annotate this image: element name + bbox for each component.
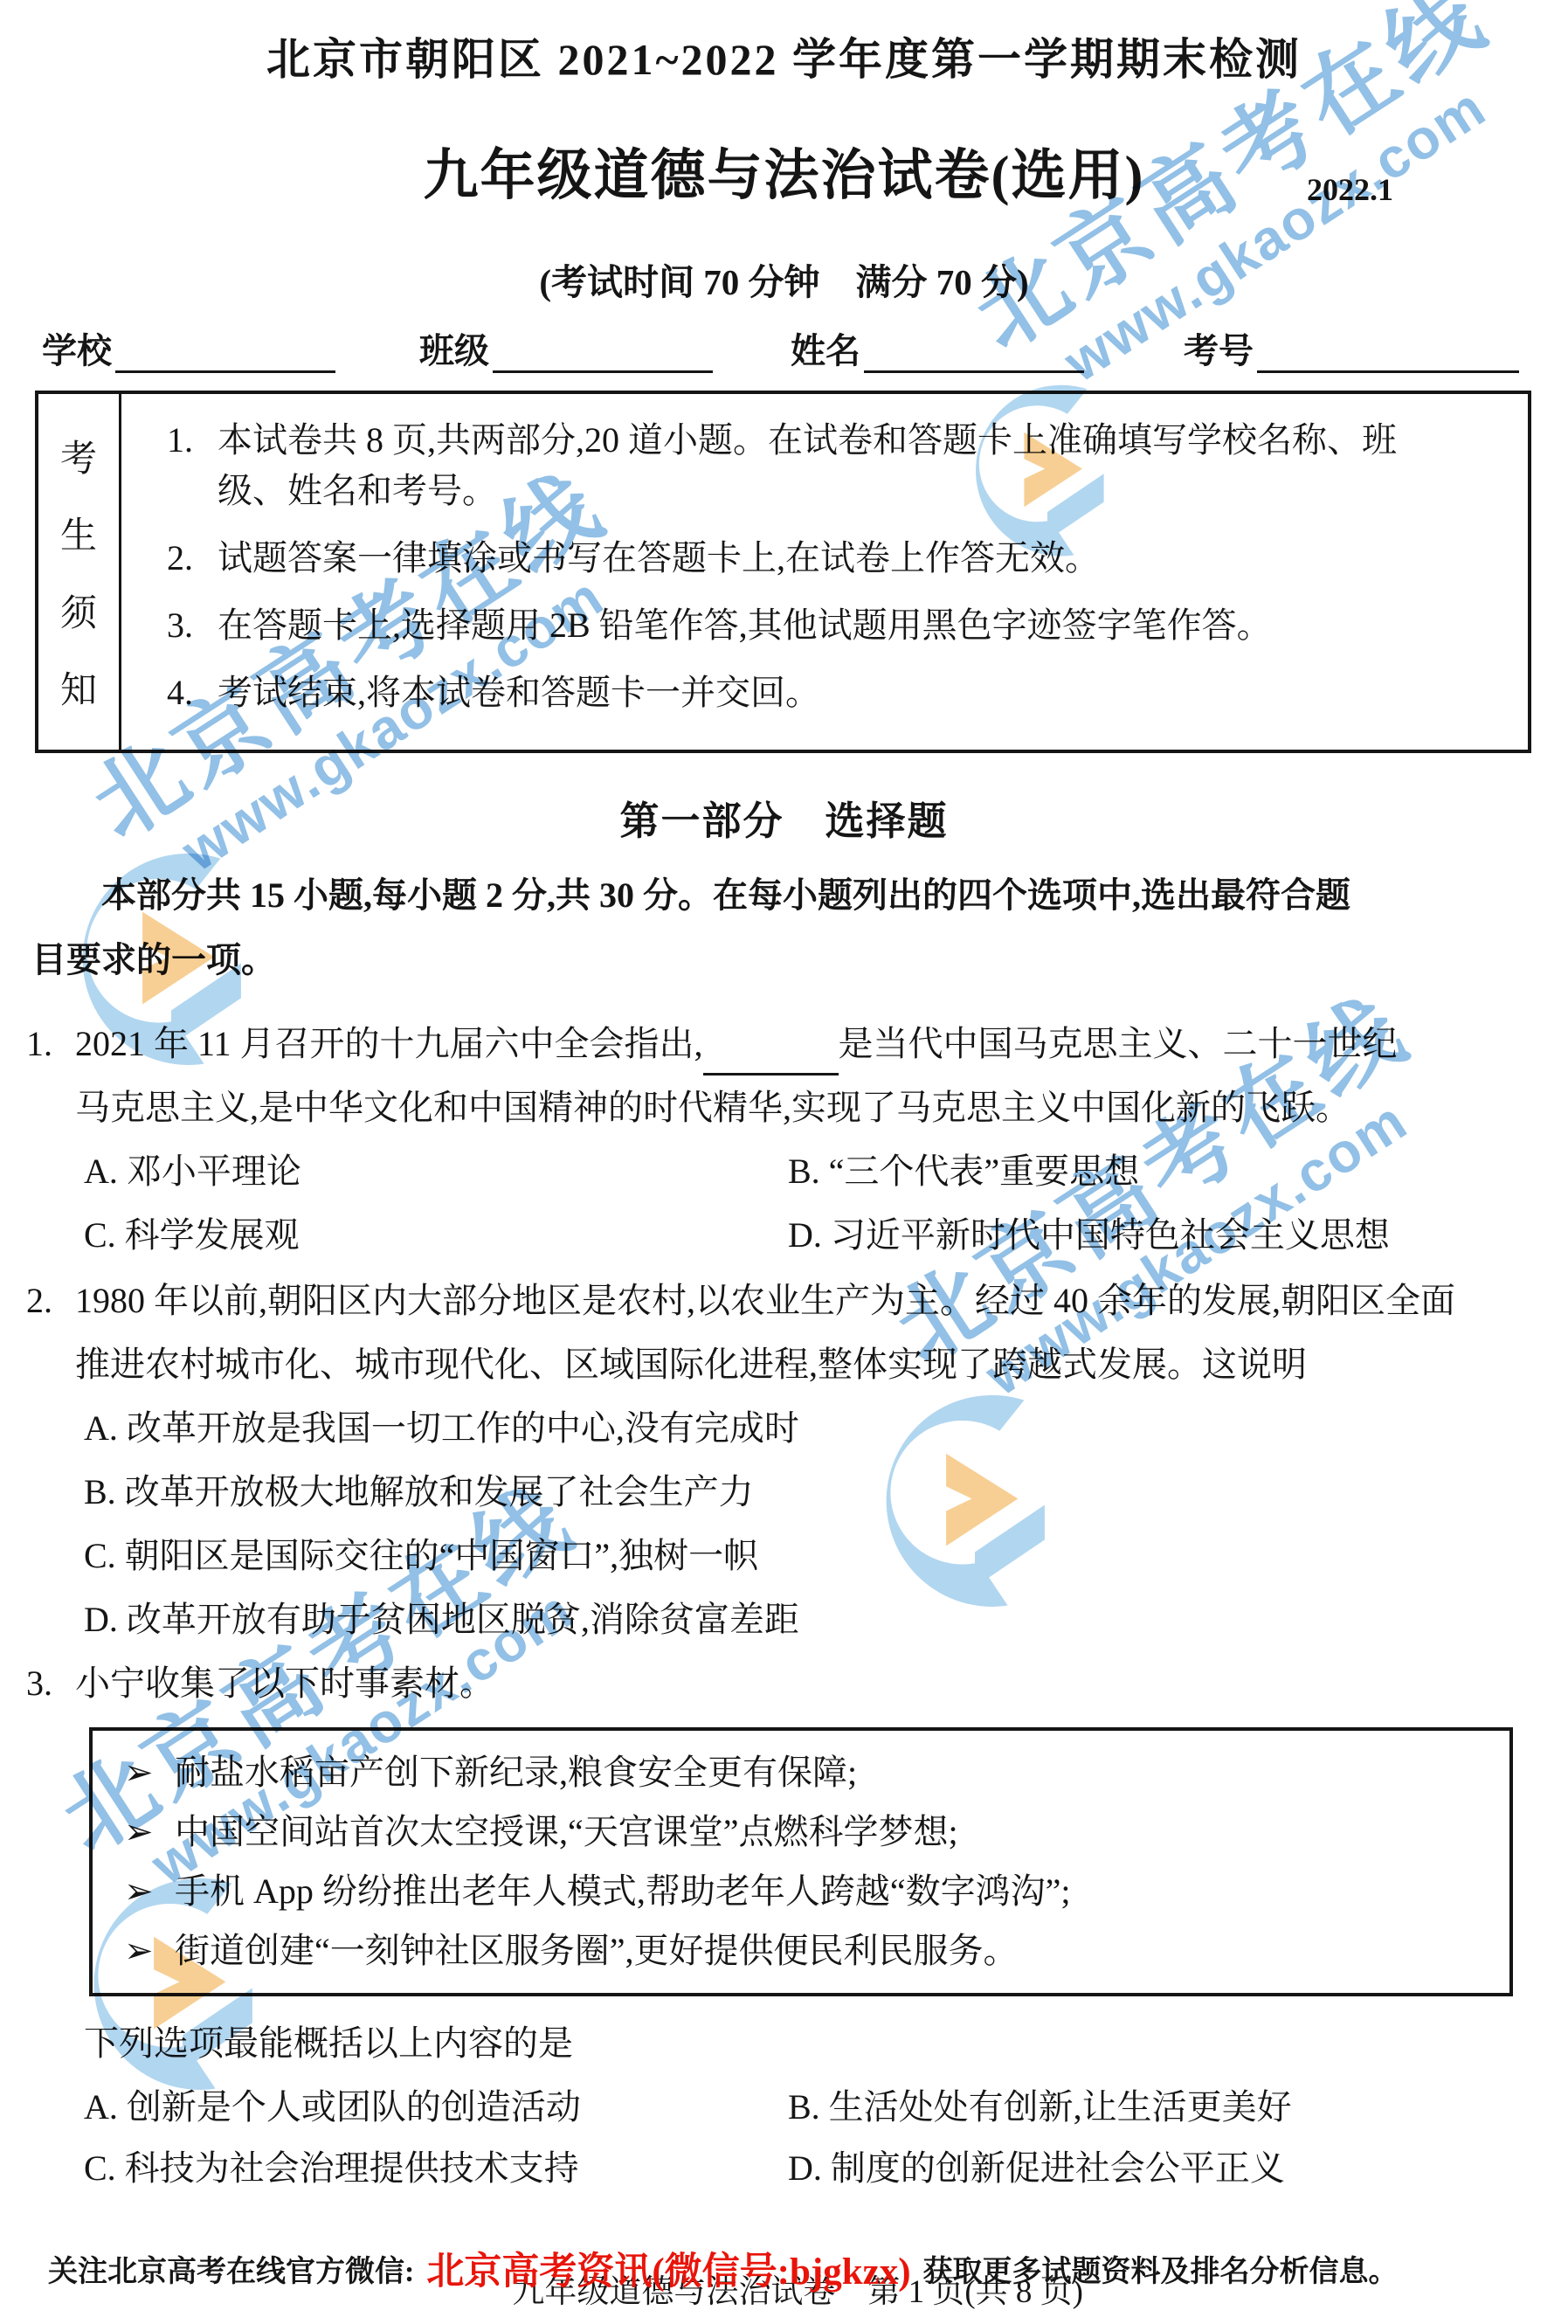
- question-stem: 1980 年以前,朝阳区内大部分地区是农村,以农业生产为主。经过 40 余年的发…: [75, 1269, 1457, 1396]
- material-item: ➢街道创建“一刻钟社区服务圈”,更好提供便民利民服务。: [124, 1921, 1494, 1981]
- notice-box: 考 生 须 知 1.本试卷共 8 页,共两部分,20 道小题。在试卷和答题卡上准…: [35, 391, 1531, 753]
- question-number: 2.: [26, 1269, 75, 1396]
- field-school: 学校: [42, 323, 335, 373]
- answer-blank: [703, 1038, 839, 1076]
- question-stem: 2021 年 11 月召开的十九届六中全会指出,是当代中国马克思主义、二十一世纪…: [75, 1012, 1413, 1139]
- options: A. 邓小平理论 B. “三个代表”重要思想 C. 科学发展观 D. 习近平新时…: [84, 1139, 1413, 1267]
- exam-date: 2022.1: [1307, 171, 1393, 208]
- question-stem: 小宁收集了以下时事素材。: [75, 1651, 1473, 1715]
- field-underline: [115, 335, 335, 373]
- notice-item: 1.本试卷共 8 页,共两部分,20 道小题。在试卷和答题卡上准确填写学校名称、…: [167, 415, 1510, 516]
- section-intro: 本部分共 15 小题,每小题 2 分,共 30 分。在每小题列出的四个选项中,选…: [31, 863, 1359, 993]
- promo-suffix: 获取更多试题资料及排名分析信息。: [923, 2247, 1399, 2290]
- option-b: B. 改革开放极大地解放和发展了社会生产力: [84, 1460, 1457, 1524]
- promo-highlight: 北京高考资讯(微信号:bjgkzx): [426, 2242, 910, 2295]
- field-name: 姓名: [791, 323, 1084, 373]
- option-d: D. 改革开放有助于贫困地区脱贫,消除贫富差距: [84, 1587, 1457, 1651]
- option-a: A. 创新是个人或团队的创造活动: [84, 2077, 788, 2138]
- field-underline: [1257, 335, 1519, 373]
- option-b: B. “三个代表”重要思想: [788, 1139, 1413, 1203]
- footer-promo: 关注北京高考在线官方微信: 北京高考资讯(微信号:bjgkzx) 获取更多试题资…: [48, 2242, 1564, 2295]
- section-title: 第一部分 选择题: [0, 789, 1568, 846]
- notice-side-label: 考 生 须 知: [38, 394, 121, 750]
- option-c: C. 科学发展观: [84, 1203, 788, 1267]
- material-item: ➢手机 App 纷纷推出老年人模式,帮助老年人跨越“数字鸿沟”;: [124, 1862, 1494, 1921]
- page-title: 北京市朝阳区 2021~2022 学年度第一学期期末检测: [0, 24, 1568, 87]
- question-2: 2. 1980 年以前,朝阳区内大部分地区是农村,以农业生产为主。经过 40 余…: [26, 1269, 1457, 1651]
- arrow-bullet-icon: ➢: [124, 1802, 175, 1862]
- notice-item: 4.考试结束,将本试卷和答题卡一并交回。: [167, 667, 1510, 718]
- option-d: D. 习近平新时代中国特色社会主义思想: [788, 1203, 1413, 1267]
- exam-page: { "header": { "title_line1": "北京市朝阳区 202…: [0, 0, 1568, 2324]
- notice-item: 2.试题答案一律填涂或书写在答题卡上,在试卷上作答无效。: [167, 533, 1510, 584]
- notice-item: 3.在答题卡上,选择题用 2B 铅笔作答,其他试题用黑色字迹签字笔作答。: [167, 600, 1510, 651]
- material-item: ➢中国空间站首次太空授课,“天宫课堂”点燃科学梦想;: [124, 1802, 1494, 1862]
- promo-prefix: 关注北京高考在线官方微信:: [48, 2247, 414, 2290]
- arrow-bullet-icon: ➢: [124, 1862, 175, 1921]
- options: A. 创新是个人或团队的创造活动 B. 生活处处有创新,让生活更美好 C. 科技…: [84, 2077, 1513, 2199]
- materials-box: ➢耐盐水稻亩产创下新纪录,粮食安全更有保障; ➢中国空间站首次太空授课,“天宫课…: [89, 1727, 1513, 1996]
- arrow-bullet-icon: ➢: [124, 1921, 175, 1981]
- exam-duration: (考试时间 70 分钟 满分 70 分): [0, 253, 1568, 305]
- question-3: 3. 小宁收集了以下时事素材。 ➢耐盐水稻亩产创下新纪录,粮食安全更有保障; ➢…: [26, 1651, 1513, 2199]
- student-fields: 学校 班级 姓名 考号: [0, 323, 1568, 367]
- option-d: D. 制度的创新促进社会公平正义: [788, 2138, 1513, 2199]
- option-b: B. 生活处处有创新,让生活更美好: [788, 2077, 1513, 2138]
- field-underline: [864, 335, 1084, 373]
- options: A. 改革开放是我国一切工作的中心,没有完成时 B. 改革开放极大地解放和发展了…: [84, 1396, 1457, 1651]
- field-number: 考号: [1184, 323, 1519, 373]
- arrow-bullet-icon: ➢: [124, 1743, 175, 1802]
- field-class: 班级: [419, 323, 713, 373]
- option-a: A. 改革开放是我国一切工作的中心,没有完成时: [84, 1396, 1457, 1460]
- material-item: ➢耐盐水稻亩产创下新纪录,粮食安全更有保障;: [124, 1743, 1494, 1802]
- notice-items: 1.本试卷共 8 页,共两部分,20 道小题。在试卷和答题卡上准确填写学校名称、…: [121, 394, 1528, 750]
- question-number: 1.: [26, 1012, 75, 1139]
- option-c: C. 朝阳区是国际交往的“中国窗口”,独树一帜: [84, 1524, 1457, 1587]
- question-number: 3.: [26, 1651, 75, 1715]
- field-underline: [493, 335, 713, 373]
- question-1: 1. 2021 年 11 月召开的十九届六中全会指出,是当代中国马克思主义、二十…: [26, 1012, 1413, 1267]
- question-followup: 下列选项最能概括以上内容的是: [84, 2014, 1513, 2073]
- option-a: A. 邓小平理论: [84, 1139, 788, 1203]
- option-c: C. 科技为社会治理提供技术支持: [84, 2138, 788, 2199]
